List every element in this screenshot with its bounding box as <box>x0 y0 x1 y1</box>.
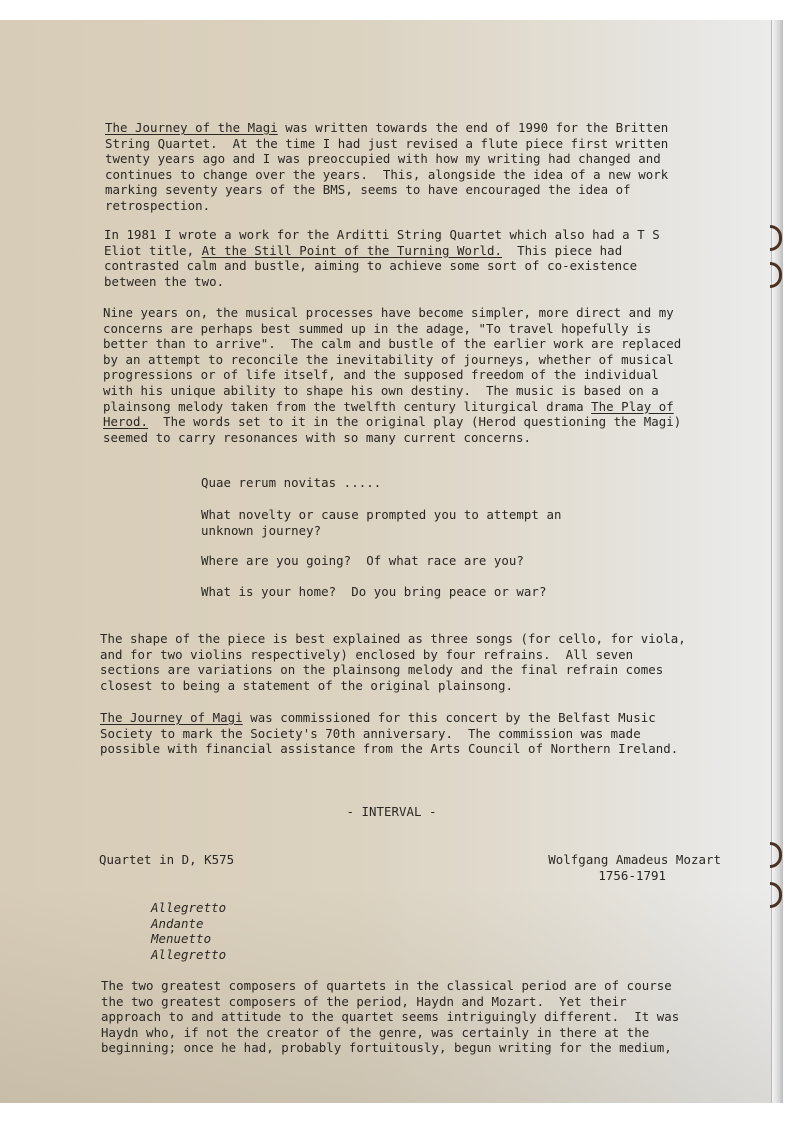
programme-page: The Journey of the Magi was written towa… <box>0 20 783 1103</box>
movement-2: Andante <box>151 916 204 931</box>
para3-line-1: Nine years on, the musical processes hav… <box>103 305 674 320</box>
para3-line-6: with his unique ability to shape his own… <box>103 383 659 398</box>
page-edge <box>771 20 783 1103</box>
para2-line-3: contrasted calm and bustle, aiming to ac… <box>104 258 637 273</box>
para2-line-1: In 1981 I wrote a work for the Arditti S… <box>104 227 660 242</box>
work-title-journey-of-the-magi: The Journey of the Magi <box>105 120 278 135</box>
movement-4: Allegretto <box>151 947 226 962</box>
para5-line-2: Society to mark the Society's 70th anniv… <box>100 726 641 741</box>
programme-work-title: Quartet in D, K575 <box>99 852 234 868</box>
para6-line-2: the two greatest composers of the period… <box>101 994 627 1009</box>
para2-line-2-prefix: Eliot title, <box>104 243 202 258</box>
para1-line-3: twenty years ago and I was preoccupied w… <box>105 151 661 166</box>
paragraph-arditti: In 1981 I wrote a work for the Arditti S… <box>104 227 660 289</box>
para1-line-2: String Quartet. At the time I had just r… <box>105 136 668 151</box>
para5-line-1-suffix: was commissioned for this concert by the… <box>243 710 656 725</box>
quotation-translation-3: What is your home? Do you bring peace or… <box>201 584 546 600</box>
para2-line-4: between the two. <box>104 274 224 289</box>
movement-1: Allegretto <box>151 900 226 915</box>
para3-line-9: seemed to carry resonances with so many … <box>103 430 531 445</box>
para1-line-5: marking seventy years of the BMS, seems … <box>105 182 631 197</box>
para4-line-3: sections are variations on the plainsong… <box>100 662 663 677</box>
quotation-latin: Quae rerum novitas ..... <box>201 475 381 491</box>
para3-line-2: concerns are perhaps best summed up in t… <box>103 321 651 336</box>
work-title-still-point: At the Still Point of the Turning World. <box>202 243 502 258</box>
movement-3: Menuetto <box>151 931 211 946</box>
para3-line-4: by an attempt to reconcile the inevitabi… <box>103 352 674 367</box>
para1-line-4: continues to change over the years. This… <box>105 167 668 182</box>
para4-line-4: closest to being a statement of the orig… <box>100 678 513 693</box>
paragraph-shape-of-piece: The shape of the piece is best explained… <box>100 631 686 693</box>
paragraph-commission: The Journey of Magi was commissioned for… <box>100 710 678 757</box>
quotation-translation-1: What novelty or cause prompted you to at… <box>201 507 561 538</box>
para6-line-5: beginning; once he had, probably fortuit… <box>101 1040 672 1055</box>
composer-dates: 1756-1791 <box>598 868 666 884</box>
work-title-journey-of-magi: The Journey of Magi <box>100 710 243 725</box>
para6-line-3: approach to and attitude to the quartet … <box>101 1009 679 1024</box>
paragraph-journey-intro: The Journey of the Magi was written towa… <box>105 120 668 214</box>
composer-name: Wolfgang Amadeus Mozart <box>548 852 721 868</box>
para3-line-5: progressions or of life itself, and the … <box>103 367 659 382</box>
paragraph-nine-years-on: Nine years on, the musical processes hav… <box>103 305 681 445</box>
interval-heading: - INTERVAL - <box>0 804 783 820</box>
para6-line-1: The two greatest composers of quartets i… <box>101 978 672 993</box>
para6-line-4: Haydn who, if not the creator of the gen… <box>101 1025 649 1040</box>
movement-list: Allegretto Andante Menuetto Allegretto <box>151 900 226 962</box>
para1-line-1: was written towards the end of 1990 for … <box>278 120 669 135</box>
para5-line-3: possible with financial assistance from … <box>100 741 678 756</box>
work-title-play-of-herod-part1: The Play of <box>591 399 674 414</box>
paragraph-haydn-mozart: The two greatest composers of quartets i… <box>101 978 679 1056</box>
para1-line-6: retrospection. <box>105 198 210 213</box>
para2-line-2-suffix: This piece had <box>502 243 622 258</box>
para3-line-8-suffix: The words set to it in the original play… <box>148 414 681 429</box>
work-title-play-of-herod-part2: Herod. <box>103 414 148 429</box>
para4-line-1: The shape of the piece is best explained… <box>100 631 686 646</box>
para4-line-2: and for two violins respectively) enclos… <box>100 647 633 662</box>
quotation-translation-2: Where are you going? Of what race are yo… <box>201 553 524 569</box>
para3-line-7-prefix: plainsong melody taken from the twelfth … <box>103 399 591 414</box>
para3-line-3: better than to arrive". The calm and bus… <box>103 336 681 351</box>
